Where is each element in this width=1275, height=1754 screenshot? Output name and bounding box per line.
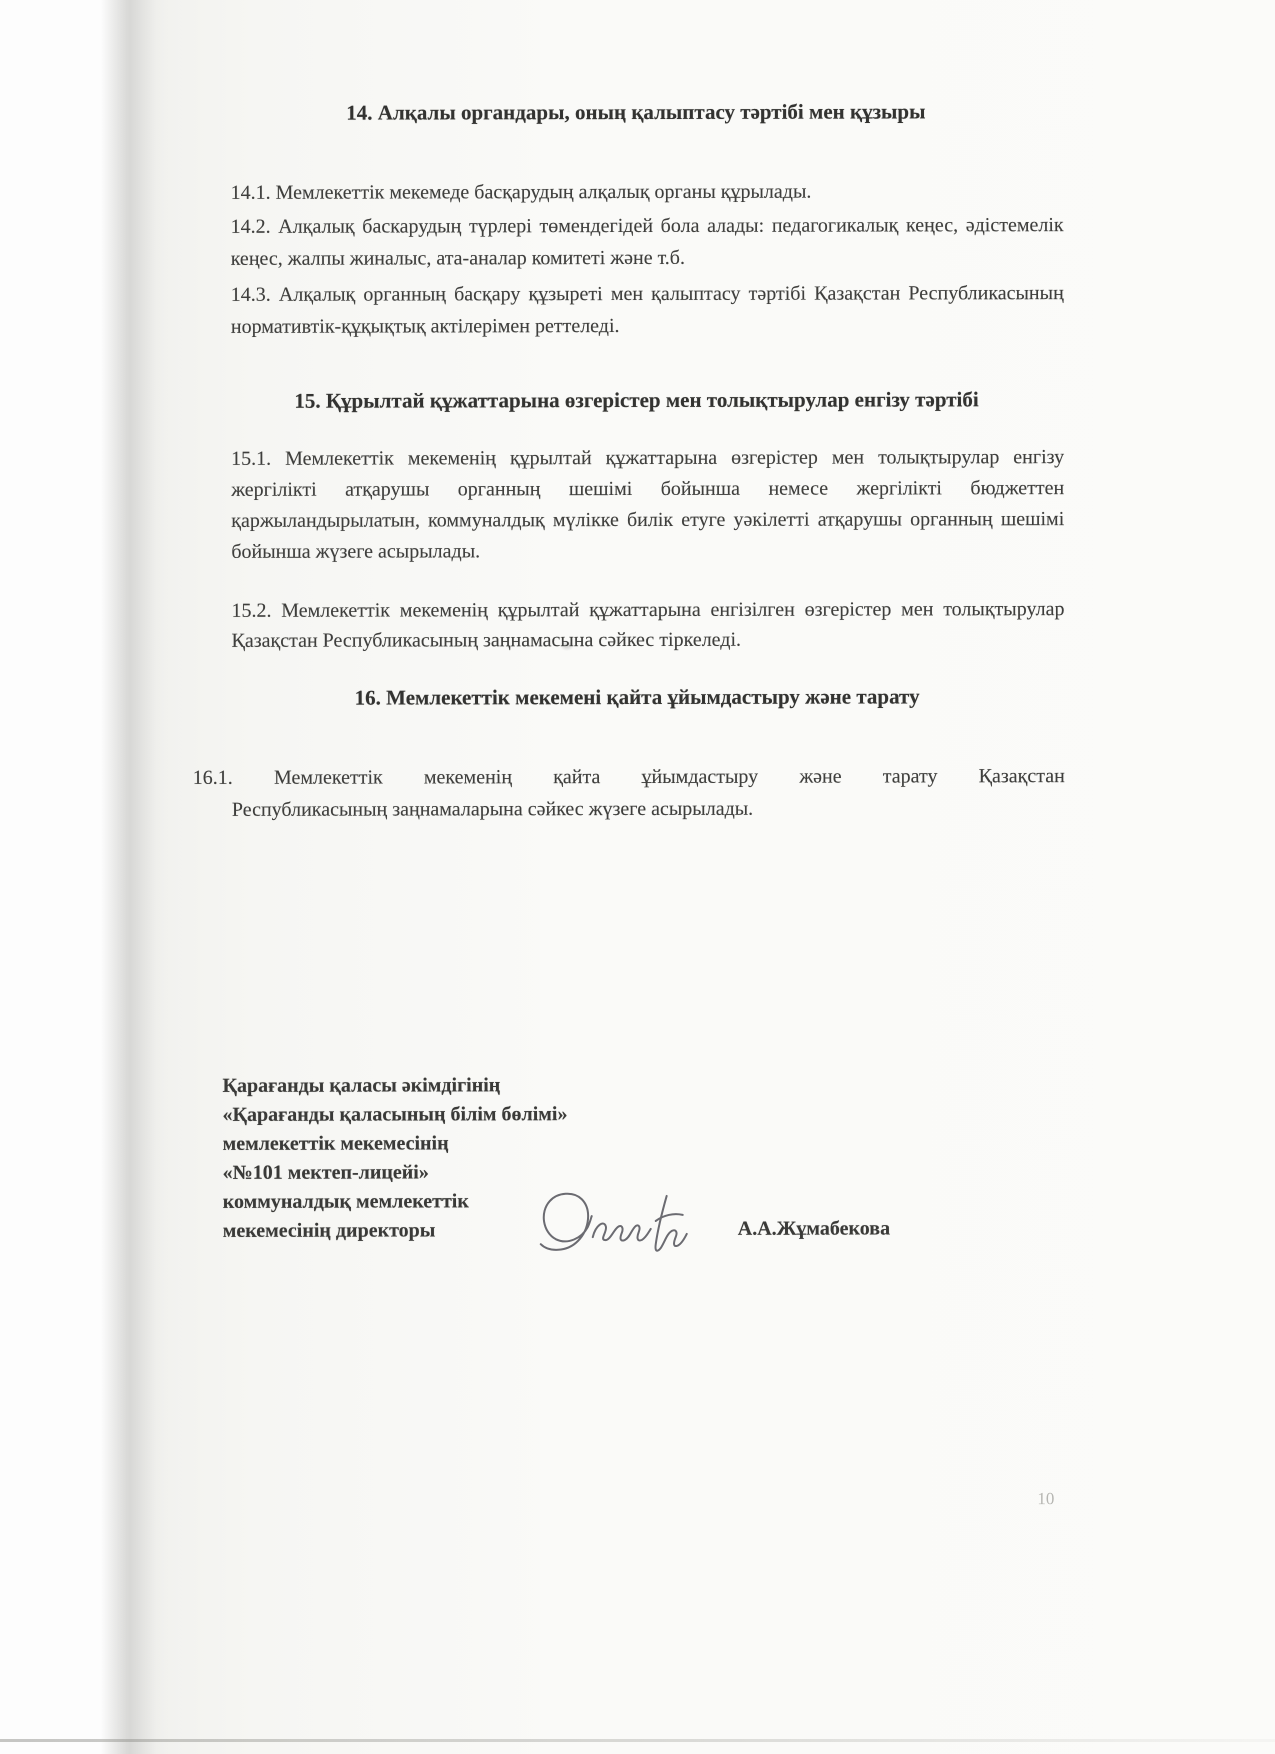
scanned-document-page: 14. Алқалы органдары, оның қалыптасу тәр… — [0, 0, 1275, 1754]
paragraph-16-1-line-2: Республикасының заңнамаларына сәйкес жүз… — [232, 792, 1065, 826]
signer-name: А.А.Жұмабекова — [738, 1217, 890, 1240]
section-16-heading: 16. Мемлекеттік мекемені қайта ұйымдасты… — [0, 684, 1275, 712]
page-number: 10 — [1037, 1489, 1054, 1509]
paragraph-14-2: 14.2. Алқалық баскарудың түрлері төменде… — [231, 209, 1064, 275]
section-15-heading: 15. Құрылтай құжаттарына өзгерістер мен … — [0, 387, 1274, 415]
signature-org-line: Қарағанды қаласы әкімдігінің — [222, 1071, 742, 1101]
signature-org-line: «№101 мектеп-лицейі» — [223, 1158, 743, 1188]
paragraph-14-3: 14.3. Алқалық органның басқару құзыреті … — [231, 277, 1064, 343]
signature-org-line: «Қарағанды қаласының білім бөлімі» — [222, 1100, 742, 1130]
paragraph-16-1-line-1: 16.1. Мемлекеттік мекеменің қайта ұйымда… — [193, 760, 1065, 794]
paragraph-15-2: 15.2. Мемлекеттік мекеменің құрылтай құж… — [231, 594, 1064, 656]
handwritten-signature-icon — [537, 1190, 695, 1260]
section-14-heading: 14. Алқалы органдары, оның қалыптасу тәр… — [0, 99, 1273, 127]
signature-org-line: мемлекеттік мекемесінің — [223, 1129, 743, 1159]
paragraph-15-1: 15.1. Мемлекеттік мекеменің құрылтай құж… — [231, 442, 1064, 568]
paragraph-14-1: 14.1. Мемлекеттік мекемеде басқарудың ал… — [231, 175, 1064, 209]
document-content: 14. Алқалы органдары, оның қалыптасу тәр… — [0, 0, 1275, 1754]
